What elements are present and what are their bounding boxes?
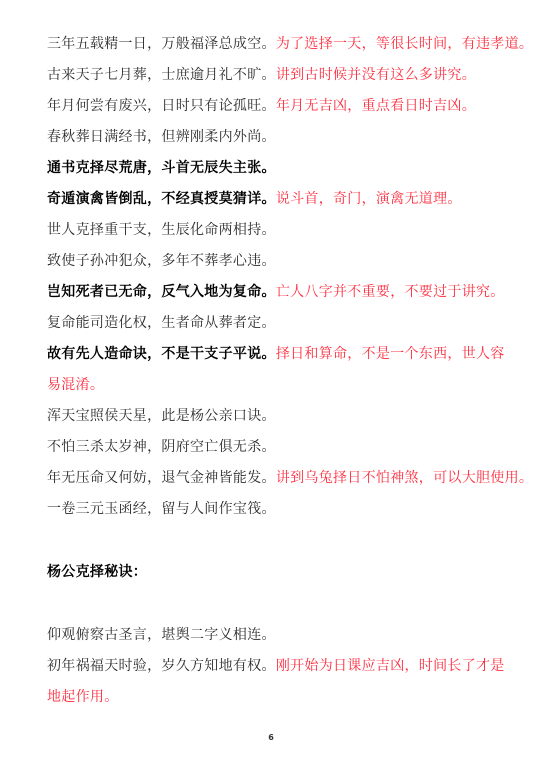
page-content: 三年五载精一日，万般福泽总成空。为了选择一天，等很长时间，有违孝道。 古来天子七…	[47, 29, 512, 713]
verse-text: 三年五载精一日，万般福泽总成空。	[47, 36, 276, 52]
verse-line: 一卷三元玉函经，留与人间作宝筏。	[47, 494, 512, 525]
verse-line: 初年祸福天时验，岁久方知地有权。刚开始为日课应吉凶，时间长了才是地起作用。	[47, 651, 512, 713]
verse-text: 通书克择尽荒唐，斗首无辰失主张。	[47, 160, 276, 176]
verse-line: 仰观俯察古圣言，堪舆二字义相连。	[47, 620, 512, 651]
verse-text: 年无压命又何妨，退气金神皆能发。	[47, 470, 276, 486]
verse-line-bold: 通书克择尽荒唐，斗首无辰失主张。	[47, 153, 512, 184]
verse-line-bold: 岂知死者已无命，反气入地为复命。亡人八字并不重要，不要过于讲究。	[47, 277, 512, 308]
verse-text: 致使子孙冲犯众，多年不葬孝心违。	[47, 253, 276, 269]
verse-line: 世人克择重干支，生辰化命两相持。	[47, 215, 512, 246]
annotation-note: 亡人八字并不重要，不要过于讲究。	[276, 284, 505, 300]
verse-line: 三年五载精一日，万般福泽总成空。为了选择一天，等很长时间，有违孝道。	[47, 29, 512, 60]
verse-text: 复命能司造化权，生者命从葬者定。	[47, 315, 276, 331]
annotation-note: 年月无吉凶，重点看日时吉凶。	[276, 98, 476, 114]
verse-line-bold: 奇遁演禽皆倒乱，不经真授莫猜详。说斗首，奇门，演禽无道理。	[47, 184, 512, 215]
verse-text: 一卷三元玉函经，留与人间作宝筏。	[47, 501, 276, 517]
annotation-note: 为了选择一天，等很长时间，有违孝道。	[276, 36, 533, 52]
verse-text: 古来天子七月葬，士庶逾月礼不旷。	[47, 67, 276, 83]
annotation-note: 说斗首，奇门，演禽无道理。	[276, 191, 462, 207]
verse-line: 年月何尝有废兴，日时只有论孤旺。年月无吉凶，重点看日时吉凶。	[47, 91, 512, 122]
verse-line-bold: 故有先人造命诀，不是干支子平说。择日和算命，不是一个东西，世人容易混淆。	[47, 339, 512, 401]
verse-text: 仰观俯察古圣言，堪舆二字义相连。	[47, 627, 276, 643]
blank-line	[47, 525, 512, 557]
annotation-note: 讲到古时候并没有这么多讲究。	[276, 67, 476, 83]
verse-text: 不怕三杀太岁神，阴府空亡俱无杀。	[47, 439, 276, 455]
verse-text: 岂知死者已无命，反气入地为复命。	[47, 284, 276, 300]
verse-line: 春秋葬日满经书，但辨刚柔内外尚。	[47, 122, 512, 153]
verse-text: 故有先人造命诀，不是干支子平说。	[47, 346, 276, 362]
blank-line	[47, 588, 512, 620]
verse-text: 年月何尝有废兴，日时只有论孤旺。	[47, 98, 276, 114]
verse-text: 浑天宝照侯天星，此是杨公亲口诀。	[47, 408, 276, 424]
page-number: 6	[0, 733, 542, 742]
verse-line: 浑天宝照侯天星，此是杨公亲口诀。	[47, 401, 512, 432]
section-heading: 杨公克择秘诀：	[47, 557, 512, 588]
verse-line: 古来天子七月葬，士庶逾月礼不旷。讲到古时候并没有这么多讲究。	[47, 60, 512, 91]
document-page: 三年五载精一日，万般福泽总成空。为了选择一天，等很长时间，有违孝道。 古来天子七…	[0, 0, 542, 767]
verse-text: 奇遁演禽皆倒乱，不经真授莫猜详。	[47, 191, 276, 207]
annotation-note: 讲到乌兔择日不怕神煞，可以大胆使用。	[276, 470, 533, 486]
verse-line: 不怕三杀太岁神，阴府空亡俱无杀。	[47, 432, 512, 463]
section-heading-text: 杨公克择秘诀：	[47, 564, 147, 580]
verse-text: 初年祸福天时验，岁久方知地有权。	[47, 658, 276, 674]
verse-line: 复命能司造化权，生者命从葬者定。	[47, 308, 512, 339]
verse-line: 年无压命又何妨，退气金神皆能发。讲到乌兔择日不怕神煞，可以大胆使用。	[47, 463, 512, 494]
verse-line: 致使子孙冲犯众，多年不葬孝心违。	[47, 246, 512, 277]
verse-text: 世人克择重干支，生辰化命两相持。	[47, 222, 276, 238]
verse-text: 春秋葬日满经书，但辨刚柔内外尚。	[47, 129, 276, 145]
